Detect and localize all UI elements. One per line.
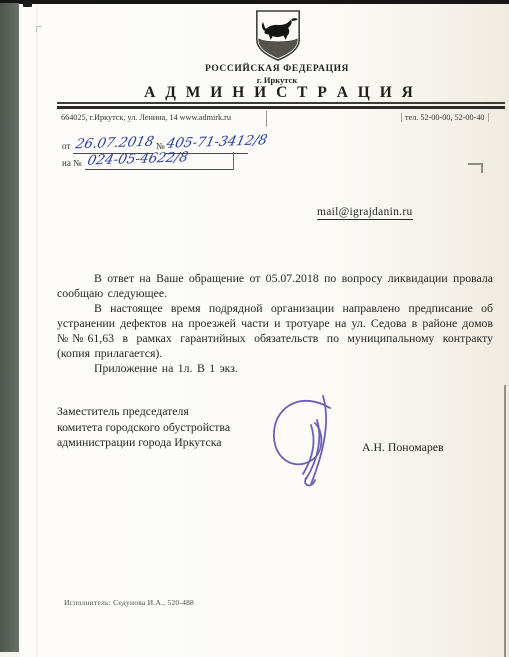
contact-divider <box>266 111 267 127</box>
body-paragraph-1: В ответ на Ваше обращение от 05.07.2018 … <box>57 271 493 301</box>
scan-edge-right <box>504 385 506 657</box>
scan-edge-left <box>0 3 19 652</box>
scan-dust-mark <box>36 26 42 32</box>
paper-crease <box>36 4 39 657</box>
scanned-letter: РОССИЙСКАЯ ФЕДЕРАЦИЯ г. Иркутск А Д М И … <box>0 0 509 657</box>
irkutsk-coat-of-arms-icon <box>252 9 304 65</box>
letterhead-phone: тел. 52-00-00, 52-00-40 <box>401 113 489 122</box>
recipient-email: mail@igrajdanin.ru <box>317 206 413 220</box>
letterhead-rule-thick <box>57 106 505 109</box>
letterhead-rule-thin <box>57 102 505 104</box>
ref-from-label: от <box>62 141 70 151</box>
signer-title-line-2: комитета городского обустройства <box>57 420 230 436</box>
ref-date-handwritten: 26.07.2018 <box>74 134 155 153</box>
body-paragraph-3: Приложение на 1л. В 1 экз. <box>57 361 493 376</box>
signature-autograph-icon <box>266 392 356 490</box>
address-zone-corner-mark <box>468 163 483 173</box>
signer-title-line-3: администрации города Иркутска <box>57 435 230 451</box>
signer-name: А.Н. Пономарев <box>362 440 444 455</box>
executor-note: Исполнитель: Седунова И.А., 520-488 <box>64 598 194 607</box>
ref-reply-line <box>85 169 233 170</box>
letter-body: В ответ на Ваше обращение от 05.07.2018 … <box>57 271 493 376</box>
ref-reply-line-tick <box>233 152 234 170</box>
scan-edge-top <box>0 0 509 4</box>
signer-title-line-1: Заместитель председателя <box>57 404 230 420</box>
body-paragraph-2: В настоящее время подрядной организации … <box>57 301 493 361</box>
letterhead-organization-title: А Д М И Н И С Т Р А Ц И Я <box>60 84 500 102</box>
scan-artifact <box>23 1 32 7</box>
letterhead-country: РОССИЙСКАЯ ФЕДЕРАЦИЯ <box>152 64 402 74</box>
signer-title: Заместитель председателя комитета городс… <box>57 404 230 451</box>
ref-reply-label: на № <box>62 158 82 168</box>
letterhead-address: 664025, г.Иркутск, ул. Ленина, 14 www.ad… <box>61 113 331 122</box>
